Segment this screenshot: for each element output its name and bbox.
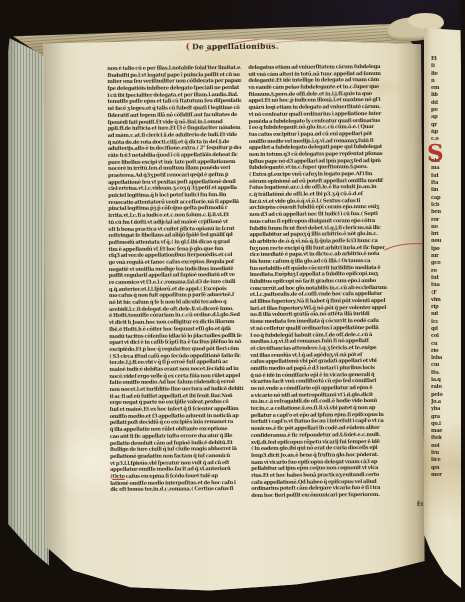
text-line: nou: [431, 238, 461, 245]
text-line: Ēt: [431, 56, 461, 63]
text-line: ſut: [431, 275, 461, 282]
text-line: nō: [431, 224, 461, 231]
text-line: ſut: [431, 173, 461, 180]
text-line: la.q: [431, 377, 461, 384]
text-column-right: delegatus etiam ad vniuerſitatem cārum ſ…: [248, 64, 423, 500]
text-line: ror: [431, 217, 461, 224]
text-line: q̄oī: [431, 465, 461, 472]
text-line: ſcb: [431, 202, 461, 209]
text-line: ſin: [431, 187, 461, 194]
text-line: cōl: [431, 333, 461, 340]
text-line: nīt: [431, 311, 461, 318]
text-line: ſto.: [431, 370, 461, 377]
text-line: ſcī: [431, 319, 461, 326]
right-page-sliver: Ētſiltēn̄emlibddpoapq̄rñpc.onlnmaſutſtaſ…: [424, 28, 461, 588]
text-line: mēr: [431, 472, 461, 479]
text-line: grā: [431, 414, 461, 421]
text-line: lib: [431, 92, 461, 99]
text-line: ben: [431, 209, 461, 216]
text-line: Jo.a: [431, 399, 461, 406]
text-line: q̄o.l: [431, 421, 461, 428]
book-photo: (De appellationibus. non ē talio cū e pe…: [0, 0, 465, 602]
text-line: nīr: [431, 253, 461, 260]
text-line: dem hoc fieri poſſit excōmunicari per ſu…: [251, 492, 423, 500]
text-line: ſi: [431, 63, 461, 70]
text-line: ñp: [431, 129, 461, 136]
text-line: ſpō: [431, 246, 461, 253]
running-title-text: De appellationibus.: [192, 42, 279, 52]
left-page: (De appellationibus. non ē talio cū e pe…: [43, 38, 425, 594]
text-line: raſo: [431, 384, 461, 391]
text-line: rip: [431, 304, 461, 311]
text-line: ap: [431, 114, 461, 121]
text-line: gcō: [431, 260, 461, 267]
text-line: (F: [431, 290, 461, 297]
rubric-paragraph-mark: (: [186, 42, 191, 52]
text-line: leba: [431, 355, 461, 362]
text-line: dic eſt bonus ter.in.d.c.romana.( Certiu…: [110, 486, 244, 494]
text-line: māe: [431, 428, 461, 435]
text-line: q̄d: [431, 326, 461, 333]
text-line: bri: [431, 231, 461, 238]
text-line: ſua: [431, 282, 461, 289]
text-line: rō: [431, 268, 461, 275]
text-line: cap: [431, 195, 461, 202]
text-line: po: [431, 107, 461, 114]
book-fore-edge: [8, 30, 49, 582]
text-line: ltē: [431, 71, 461, 78]
text-column-left: non ē talio cū e per illas.l.notabile ſo…: [107, 65, 244, 494]
text-line: em: [431, 85, 461, 92]
text-line: n̄: [431, 78, 461, 85]
text-line: rio: [431, 348, 461, 355]
text-line: ſtelī: [431, 435, 461, 442]
text-line: peſo: [431, 392, 461, 399]
catchword: Ēt: [251, 502, 423, 509]
text-line: ſta: [431, 180, 461, 187]
red-initial-letter: S: [427, 142, 444, 165]
text-line: ſrū: [431, 450, 461, 457]
text-line: vlm: [431, 297, 461, 304]
text-line: cū: [431, 341, 461, 348]
text-line: cuī: [431, 362, 461, 369]
text-line: ſicē: [431, 457, 461, 464]
recto-text-fragments: Ētſiltēn̄emlibddpoapq̄rñpc.onlnmaſutſtaſ…: [431, 56, 461, 479]
page-left-shading: [43, 40, 69, 593]
text-line: dd: [431, 100, 461, 107]
text-line: q̄r: [431, 122, 461, 129]
text-line: nōl: [431, 443, 461, 450]
text-line: ȳba: [431, 406, 461, 413]
